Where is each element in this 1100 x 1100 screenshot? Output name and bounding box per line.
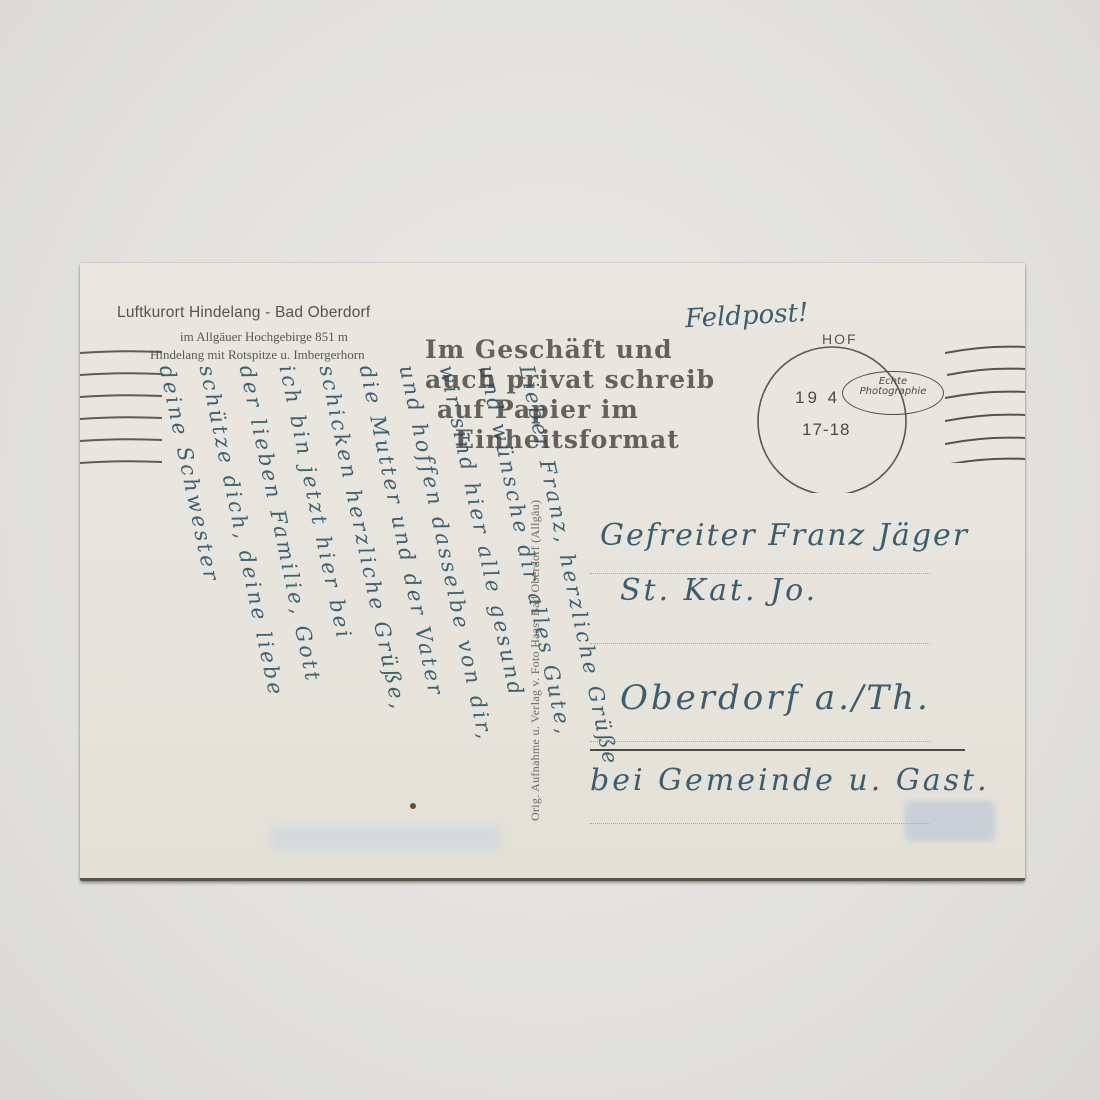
slogan-line: Im Geschäft und (425, 335, 715, 365)
address-line-recipient: Gefreiter Franz Jäger (600, 518, 969, 553)
postmark-circle (752, 343, 912, 493)
slogan-line: auch privat schreib (425, 365, 715, 395)
postmark-date: 19 4 (795, 388, 840, 408)
printed-title: Luftkurort Hindelang - Bad Oberdorf (117, 304, 370, 322)
photo-stamp-line2: Photographie (843, 386, 943, 397)
feldpost-handwritten: Feldpost! (684, 298, 809, 334)
printed-subtitle-view: Hindelang mit Rotspitze u. Imbergerhorn (150, 347, 365, 363)
cancellation-wave-lines-right (945, 343, 1025, 463)
faded-stain (270, 826, 500, 851)
publisher-imprint: Orig. Aufnahme u. Verlag v. Foto Haas, B… (528, 500, 543, 821)
postmark-time: 17-18 (802, 420, 850, 440)
printed-subtitle-altitude: im Allgäuer Hochgebirge 851 m (180, 329, 348, 345)
address-dotted-line (590, 643, 930, 644)
address-line-care-of: bei Gemeinde u. Gast. (590, 763, 990, 798)
address-underline (590, 749, 965, 751)
address-dotted-line (590, 741, 930, 742)
address-line-town: Oberdorf a./Th. (620, 678, 931, 718)
slogan-line: Einheitsformat (455, 425, 715, 455)
cancellation-slogan: Im Geschäft und auch privat schreib auf … (425, 335, 715, 455)
echte-photographie-stamp: Echte Photographie (842, 371, 944, 415)
postcard: Luftkurort Hindelang - Bad Oberdorf im A… (80, 263, 1025, 881)
card-bottom-edge (80, 878, 1025, 881)
slogan-line: auf Papier im (437, 395, 715, 425)
address-line-unit: St. Kat. Jo. (620, 573, 818, 608)
rust-spot (410, 803, 416, 809)
blue-stain (905, 801, 995, 841)
postmark-city: HOF (822, 331, 858, 347)
address-dotted-line (590, 823, 930, 824)
